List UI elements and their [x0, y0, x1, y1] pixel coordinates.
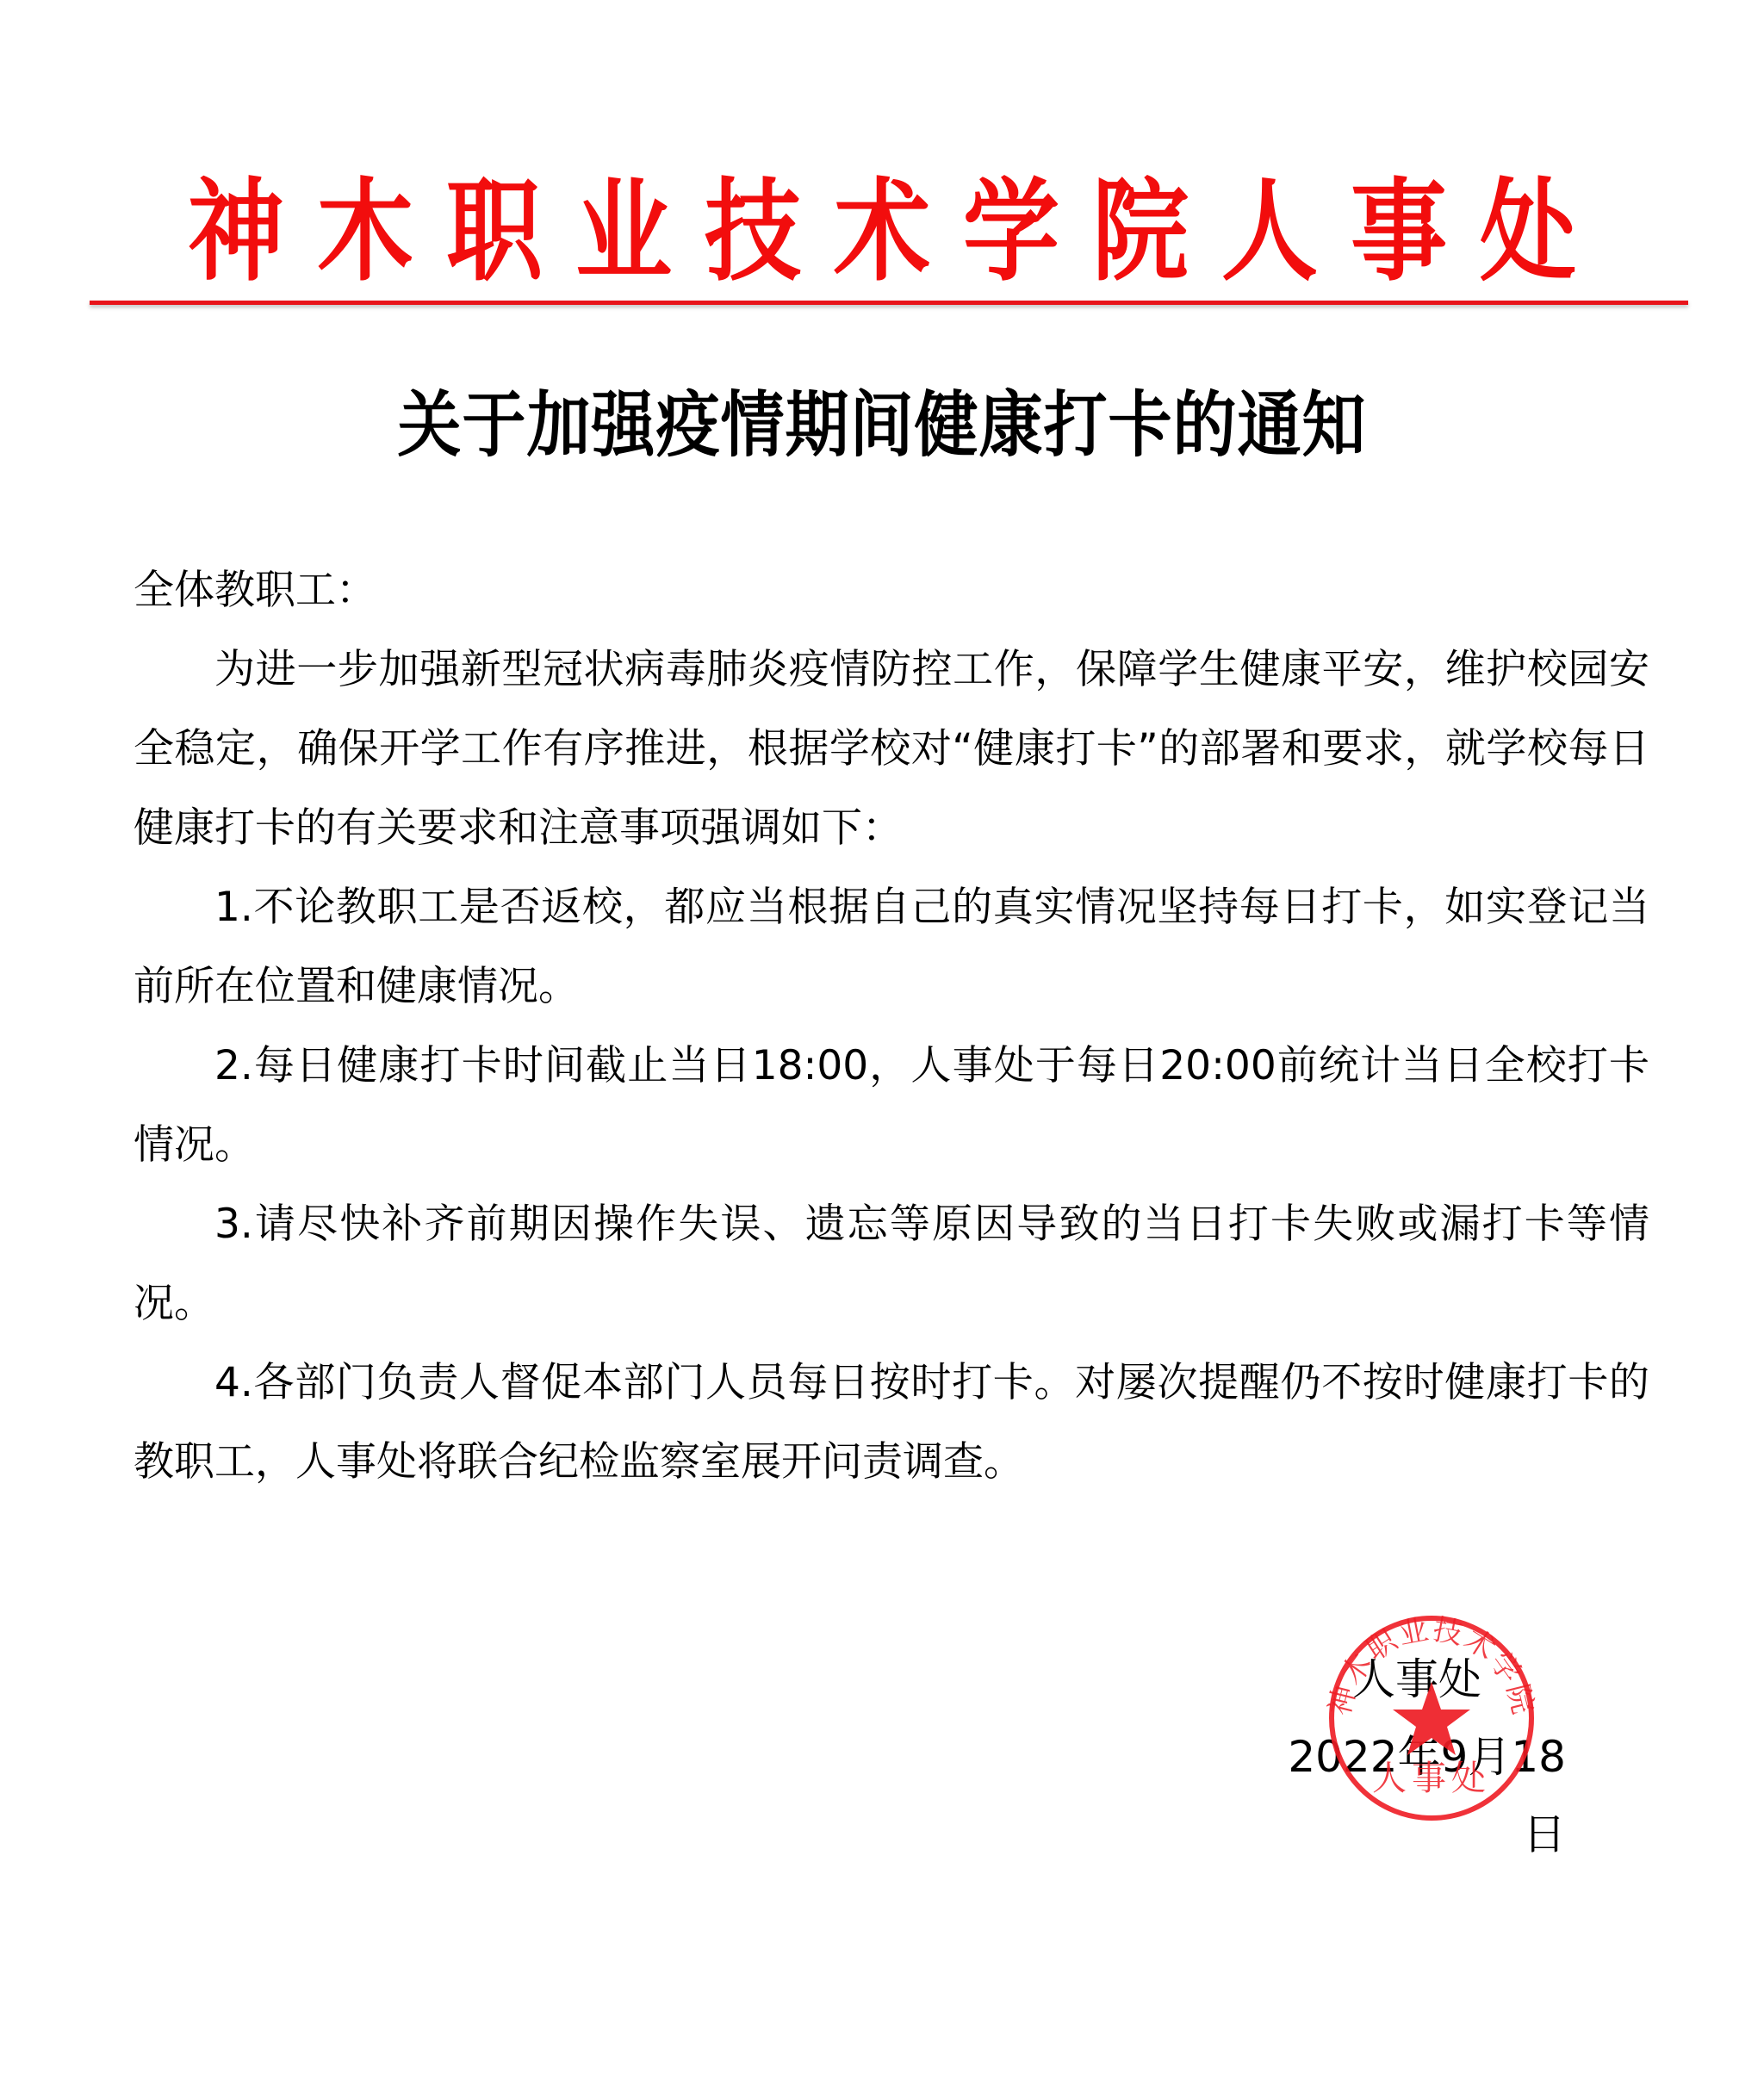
- list-item: 3.请尽快补齐前期因操作失误、遗忘等原因导致的当日打卡失败或漏打卡等情况。: [134, 1185, 1649, 1343]
- signature-block: 人事处 2022年9月18日: [1258, 1641, 1585, 1873]
- document-body: 全体教职工： 为进一步加强新型冠状病毒肺炎疫情防控工作，保障学生健康平安，维护校…: [134, 551, 1649, 1502]
- signature-department: 人事处: [1258, 1641, 1585, 1718]
- document-title: 关于加强疫情期间健康打卡的通知: [0, 377, 1764, 474]
- salutation: 全体教职工：: [134, 551, 1649, 630]
- list-item: 1.不论教职工是否返校，都应当根据自己的真实情况坚持每日打卡，如实登记当前所在位…: [134, 868, 1649, 1027]
- list-item: 2.每日健康打卡时间截止当日18:00，人事处于每日20:00前统计当日全校打卡…: [134, 1027, 1649, 1185]
- intro-paragraph: 为进一步加强新型冠状病毒肺炎疫情防控工作，保障学生健康平安，维护校园安全稳定，确…: [134, 630, 1649, 868]
- list-item: 4.各部门负责人督促本部门人员每日按时打卡。对屡次提醒仍不按时健康打卡的教职工，…: [134, 1343, 1649, 1502]
- masthead-organization: 神木职业技术学院人事处: [0, 168, 1764, 297]
- header-divider: [90, 301, 1688, 305]
- signature-date: 2022年9月18日: [1258, 1718, 1585, 1873]
